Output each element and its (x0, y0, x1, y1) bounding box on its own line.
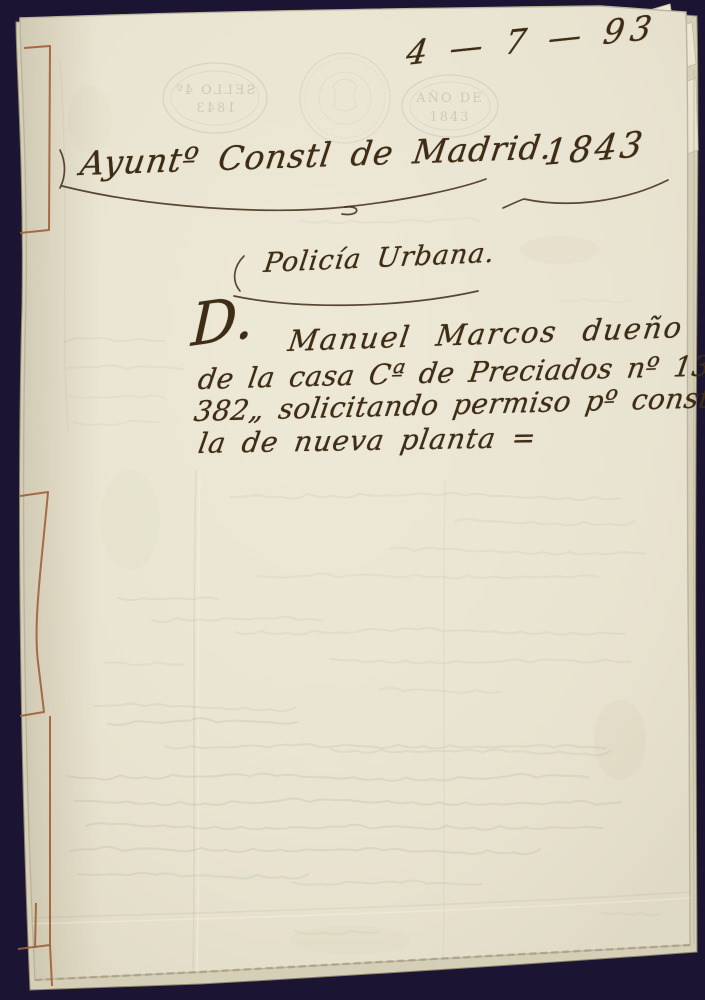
sello-stamp-line2: 1843 (194, 101, 235, 116)
year-stamp-line2: 1843 (429, 110, 470, 125)
sello-stamp-line1: SELLO 4º (175, 83, 256, 98)
body-initial: D. (190, 282, 255, 360)
year-stamp-line1: AÑO DE (415, 90, 483, 106)
document-scan: SELLO 4º 1843 AÑO DE 1843 (0, 0, 705, 1000)
body-line-4: la de nueva planta = (196, 421, 539, 460)
